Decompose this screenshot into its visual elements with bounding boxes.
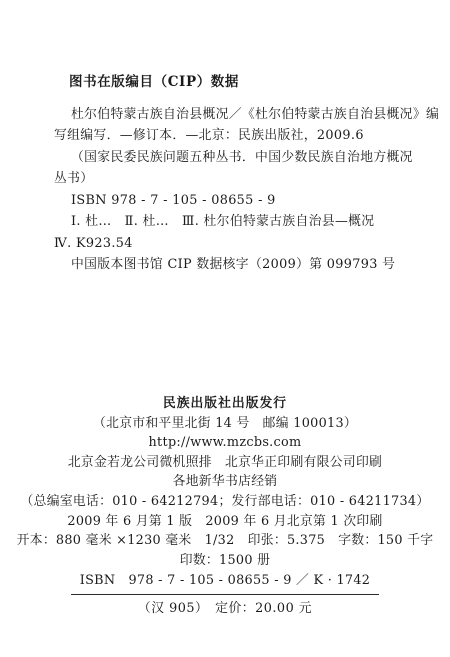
print-run-line: 印数：1500 册 (0, 551, 450, 571)
cip-title-statement-line-1: 杜尔伯特蒙古族自治县概况／《杜尔伯特蒙古族自治县概况》编 (54, 104, 436, 126)
publisher-address-line: （北京市和平里北街 14 号 邮编 100013） (0, 414, 450, 434)
book-copyright-page: 图书在版编目（CIP）数据 杜尔伯特蒙古族自治县概况／《杜尔伯特蒙古族自治县概况… (0, 0, 450, 657)
cip-title-statement-line-2: 写组编写．—修订本．—北京：民族出版社，2009.6 (54, 125, 436, 147)
publisher-line: 民族出版社出版发行 (0, 394, 450, 414)
isbn-underlined-group: ISBN 978 - 7 - 105 - 08655 - 9 ／ K · 174… (0, 571, 450, 595)
cip-series-line-1: （国家民委民族问题五种丛书．中国少数民族自治地方概况 (54, 147, 436, 169)
cip-header: 图书在版编目（CIP）数据 (69, 72, 436, 94)
cip-block: 图书在版编目（CIP）数据 杜尔伯特蒙古族自治县概况／《杜尔伯特蒙古族自治县概况… (54, 72, 436, 276)
colophon-block: 民族出版社出版发行 （北京市和平里北街 14 号 邮编 100013） http… (0, 394, 450, 619)
publisher-website-line: http://www.mzcbs.com (0, 433, 450, 453)
phone-numbers-line: （总编室电话：010 - 64212794；发行部电话：010 - 642117… (0, 492, 450, 512)
cip-record-number-line: 中国版本图书馆 CIP 数据核字（2009）第 099793 号 (54, 254, 436, 276)
cip-classification-number: Ⅳ. K923.54 (54, 233, 436, 255)
isbn-book-number-line: ISBN 978 - 7 - 105 - 08655 - 9 ／ K · 174… (71, 571, 379, 595)
typesetting-printing-line: 北京金若龙公司微机照排 北京华正印刷有限公司印刷 (0, 453, 450, 473)
distribution-line: 各地新华书店经销 (0, 472, 450, 492)
edition-printing-line: 2009 年 6 月第 1 版 2009 年 6 月北京第 1 次印刷 (0, 512, 450, 532)
cip-series-line-2: 丛书） (54, 168, 436, 190)
format-sheets-wordcount-line: 开本：880 毫米 ×1230 毫米 1/32 印张：5.375 字数：150 … (0, 531, 450, 551)
price-line: （汉 905） 定价：20.00 元 (0, 595, 450, 619)
cip-isbn-line: ISBN 978 - 7 - 105 - 08655 - 9 (54, 190, 436, 212)
cip-subject-headings-line: Ⅰ. 杜… Ⅱ. 杜… Ⅲ. 杜尔伯特蒙古族自治县—概况 (54, 211, 436, 233)
